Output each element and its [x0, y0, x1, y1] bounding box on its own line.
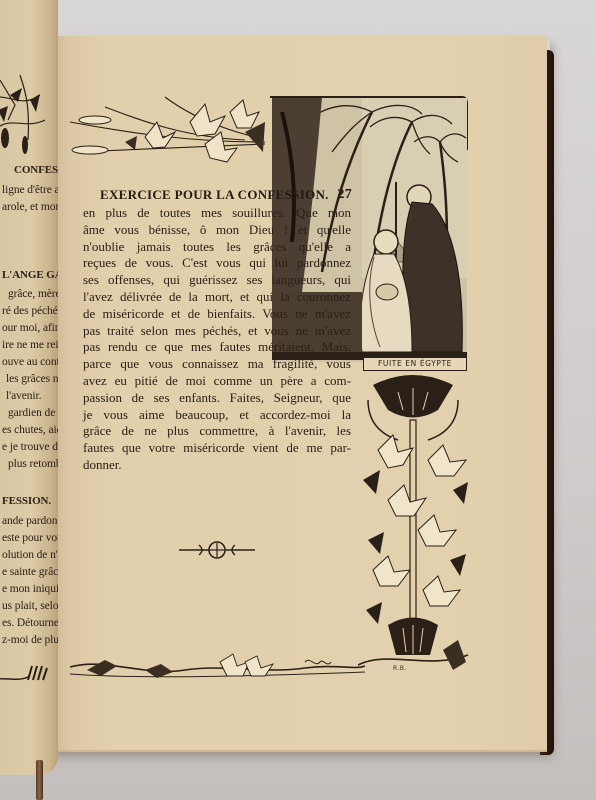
- side-floral-border: [358, 370, 473, 685]
- running-head-title: EXERCICE POUR LA CONFESSION.: [100, 187, 329, 202]
- illustration-caption: FUITE EN ÉGYPTE: [363, 357, 467, 371]
- left-page-text-line: olution de n'y: [2, 549, 58, 561]
- left-page-text-line: es. Détourne: [2, 617, 58, 629]
- body-text-line: parce que vous connaissez ma fragilité, …: [83, 356, 351, 373]
- left-page-text-line: es chutes, aide: [2, 424, 58, 436]
- left-page-tail-ornament: [0, 662, 58, 692]
- left-page: CONFESSION.ligne d'être apparole, et mon…: [0, 0, 58, 775]
- body-text-line: fautes que votre miséricorde vient de me…: [83, 440, 351, 457]
- left-page-text-line: ré des péché: [2, 305, 58, 317]
- left-page-text-line: grâce, mère: [8, 288, 58, 300]
- body-text-line: n'oublie jamais toutes les grâces qu'ell…: [83, 239, 351, 256]
- left-page-text-line: arole, et mon li: [2, 201, 58, 213]
- left-page-text-line: ire ne me rei: [2, 339, 58, 351]
- section-end-ornament: [177, 540, 257, 560]
- left-page-text-line: us plait, selo: [2, 600, 58, 612]
- left-page-text-line: plus retombe: [8, 458, 58, 470]
- body-text-line: reçues de vous. C'est vous qui lui pardo…: [83, 255, 351, 272]
- page-number: 27: [337, 187, 352, 203]
- body-text-line: âme vous bénisse, ô mon Dieu ! et qu'ell…: [83, 222, 351, 239]
- body-text-line: pas traité selon mes péchés, et vous ne …: [83, 323, 351, 340]
- left-page-text-line: ande pardon d: [2, 515, 58, 527]
- left-page-text-line: ouve au contra: [2, 356, 58, 368]
- left-page-text-line: les grâces néc: [6, 373, 58, 385]
- body-text: en plus de toutes mes souillures. Que mo…: [83, 205, 351, 474]
- body-text-line: en plus de toutes mes souillures. Que mo…: [83, 205, 351, 222]
- left-page-floral-ornament: [0, 60, 58, 180]
- bookmark-ribbon: [36, 760, 43, 800]
- body-text-line: je vous aime beaucoup, et accordez-moi l…: [83, 407, 351, 424]
- left-page-text-line: l'avenir.: [6, 390, 41, 402]
- left-page-text-line: e je trouve da: [2, 441, 58, 453]
- body-text-line: pas rendu ce que mes fautes méritaient. …: [83, 339, 351, 356]
- left-page-text-line: e sainte grâce: [2, 566, 58, 578]
- body-text-line: donner.: [83, 457, 351, 474]
- left-page-text-line: ligne d'être app: [2, 184, 58, 196]
- body-text-line: grâce de ne plus commettre, à l'avenir, …: [83, 423, 351, 440]
- body-text-line: passion de ses enfants. Faites, Seigneur…: [83, 390, 351, 407]
- running-head: EXERCICE POUR LA CONFESSION. 27: [100, 187, 350, 203]
- artist-signature: R.B.: [393, 665, 407, 672]
- body-text-line: l'avez délivrée de la mort, et qui la co…: [83, 289, 351, 306]
- body-text-line: de miséricorde et de bienfaits. Vous ne …: [83, 306, 351, 323]
- body-text-line: ses offenses, qui guérissez ses langueur…: [83, 272, 351, 289]
- left-page-text-line: gardien de m: [8, 407, 58, 419]
- left-page-text-line: z-moi de plu: [2, 634, 58, 646]
- left-page-text-line: e mon iniquit: [2, 583, 58, 595]
- left-page-heading: CONFESSION.: [14, 164, 58, 176]
- body-text-line: avez eu pitié de moi comme un père a com…: [83, 373, 351, 390]
- bottom-vine-border: [65, 652, 365, 682]
- left-page-heading: FESSION.: [2, 495, 51, 507]
- left-page-text-line: our moi, afin q: [2, 322, 58, 334]
- left-page-text-line: este pour votr: [2, 532, 58, 544]
- left-page-heading: L'ANGE GARDI: [2, 269, 58, 281]
